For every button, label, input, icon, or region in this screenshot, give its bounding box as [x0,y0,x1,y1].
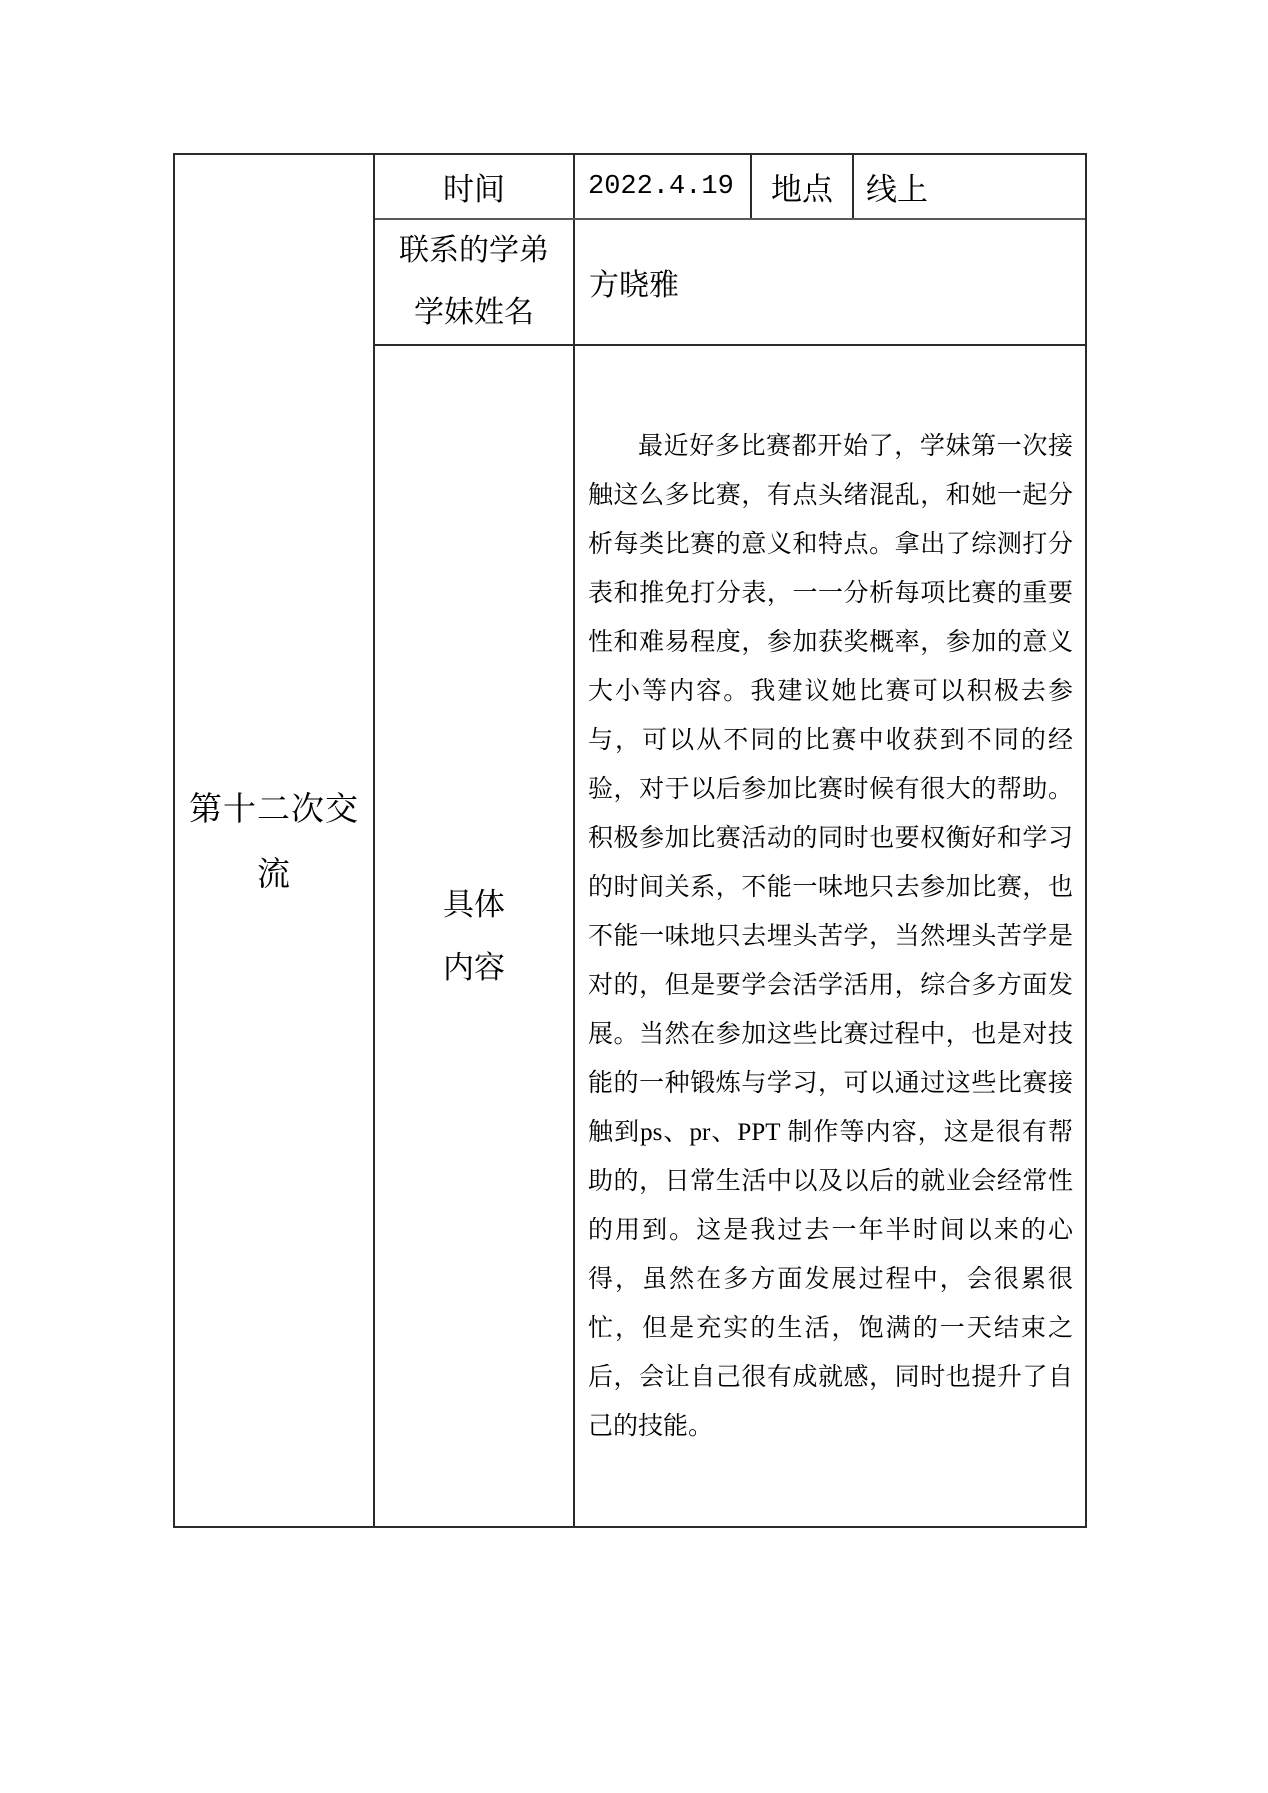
session-title-line-2: 流 [257,841,291,906]
time-label: 时间 [443,164,505,209]
session-title-line-1: 第十二次交 [189,776,359,841]
content-row: 具体 内容 最近好多比赛都开始了，学妹第一次接触这么多比赛，有点头绪混乱，和她一… [375,346,1085,1526]
contact-label-cell: 联系的学弟 学妹姓名 [375,220,575,344]
contact-name: 方晓雅 [589,260,679,304]
contact-label-line-1: 联系的学弟 [399,220,549,282]
location-label-cell: 地点 [752,155,854,218]
contact-row: 联系的学弟 学妹姓名 方晓雅 [375,220,1085,346]
time-location-row: 时间 2022.4.19 地点 线上 [375,155,1085,220]
location-value: 线上 [866,164,928,209]
contact-label-line-2: 学妹姓名 [414,282,534,344]
content-text-cell: 最近好多比赛都开始了，学妹第一次接触这么多比赛，有点头绪混乱，和她一起分析每类比… [575,346,1085,1526]
session-title-cell: 第十二次交 流 [175,155,375,1526]
time-value-cell: 2022.4.19 [575,155,752,218]
contact-name-cell: 方晓雅 [575,220,1085,344]
content-paragraph: 最近好多比赛都开始了，学妹第一次接触这么多比赛，有点头绪混乱，和她一起分析每类比… [588,422,1073,1451]
document-page: 第十二次交 流 时间 2022.4.19 地点 线上 联系 [0,0,1268,1793]
time-label-cell: 时间 [375,155,575,218]
location-value-cell: 线上 [854,155,1085,218]
content-label-line-1: 具体 [443,873,505,936]
communication-record-table: 第十二次交 流 时间 2022.4.19 地点 线上 联系 [173,153,1087,1528]
time-value: 2022.4.19 [588,172,734,202]
record-table-main: 时间 2022.4.19 地点 线上 联系的学弟 学妹姓名 方晓雅 [375,155,1085,1526]
location-label: 地点 [771,164,833,209]
content-label-cell: 具体 内容 [375,346,575,1526]
content-label-line-2: 内容 [443,936,505,999]
